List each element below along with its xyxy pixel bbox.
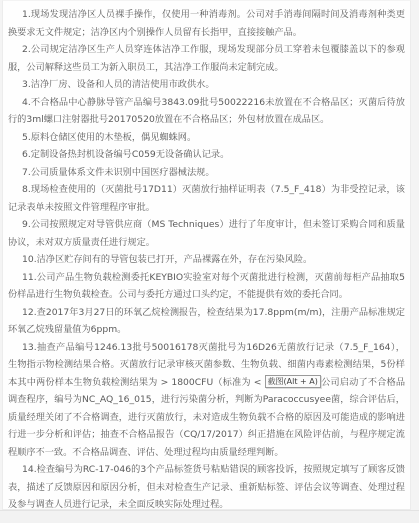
finding-item-14: 14.检查编号为RC-17-046的3个产品标签货号粘贴错误的顾客投诉，按照规定… bbox=[8, 461, 405, 514]
finding-item-3: 3.洁净厂房、设备和人员的清洁使用市政供水。 bbox=[8, 76, 405, 94]
findings-list: 1.现场发现洁净区人员裸手操作，仅使用一种消毒剂。公司对手消毒间隔时间及消毒剂种… bbox=[8, 6, 405, 514]
finding-item-11: 11.公司产品生物负载检测委托KEYBIO实验室对每个灭菌批进行检测，灭菌前每柜… bbox=[8, 269, 405, 304]
finding-item-7: 7.公司质量体系文件未识别中国医疗器械法规。 bbox=[8, 164, 405, 182]
screenshot-hotkey-tooltip: 截图(Alt + A) bbox=[265, 375, 321, 388]
finding-item-4: 4.不合格品中心静脉导管产品编号3843.09批号50022216未放置在不合格… bbox=[8, 94, 405, 129]
finding-item-8: 8.现场检查使用的（灭菌批号17D11）灭菌放行抽样证明表（7.5_F_418）… bbox=[8, 181, 405, 216]
finding-item-12: 12.查2017年3月27日的环氧乙烷检测报告，检查结果为17.8ppm(m/m… bbox=[8, 304, 405, 339]
finding-item-13: 13.抽查产品编号1246.13批号50016178灭菌批号为16D26无菌放行… bbox=[8, 339, 405, 462]
finding-item-10: 10.洁净区贮存间有的导管包装已打开，产品裸露在外，存在污染风险。 bbox=[8, 251, 405, 269]
finding-item-1: 1.现场发现洁净区人员裸手操作，仅使用一种消毒剂。公司对手消毒间隔时间及消毒剂种… bbox=[8, 6, 405, 41]
finding-item-5: 5.原料仓储区使用的木垫板，偶见蜘蛛网。 bbox=[8, 129, 405, 147]
document-page: 1.现场发现洁净区人员裸手操作，仅使用一种消毒剂。公司对手消毒间隔时间及消毒剂种… bbox=[2, 0, 411, 510]
finding-item-2: 2.公司规定洁净区生产人员穿连体洁净工作服，现场发现部分员工穿着未包覆膝盖以下的… bbox=[8, 41, 405, 76]
finding-13-text-after: 公司启动了不合格品调查程序，编号为NC_AQ_16_015，进行污染菌分析，判断… bbox=[8, 377, 405, 458]
finding-item-9: 9.公司按照规定对导管供应商（MS Techniques）进行了年度审计，但未签… bbox=[8, 216, 405, 251]
finding-item-6: 6.定制设备热封机设备编号C059无设备确认记录。 bbox=[8, 146, 405, 164]
page-bottom-margin bbox=[0, 510, 419, 523]
